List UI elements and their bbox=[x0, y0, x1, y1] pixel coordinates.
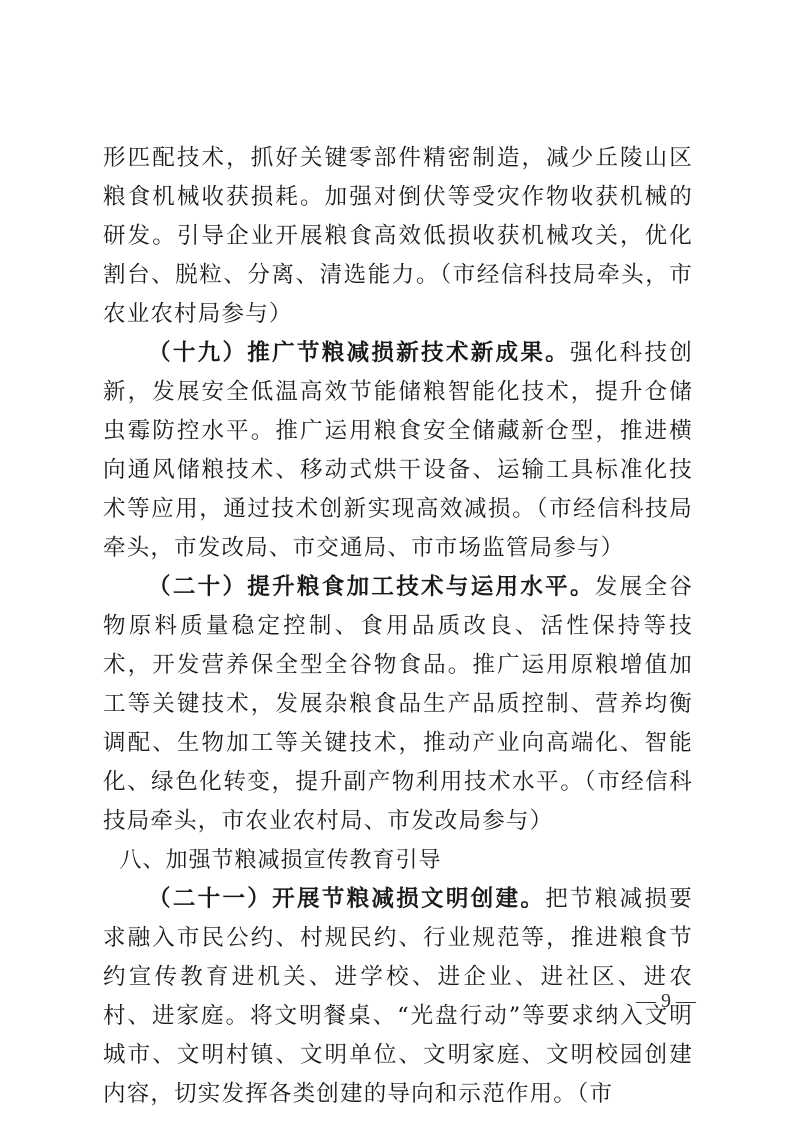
paragraph-item-20: （二十）提升粮食加工技术与运用水平。发展全谷物原料质量稳定控制、食用品质改良、活… bbox=[103, 568, 693, 841]
page-number: — 9 — bbox=[636, 990, 696, 1013]
paragraph-text: 发展全谷物原料质量稳定控制、食用品质改良、活性保持等技术，开发营养保全型全谷物食… bbox=[103, 574, 693, 834]
paragraph-continuation: 形匹配技术，抓好关键零部件精密制造，减少丘陵山区粮食机械收获损耗。加强对倒伏等受… bbox=[103, 139, 693, 334]
paragraph-item-21: （二十一）开展节粮减损文明创建。把节粮减损要求融入市民公约、村规民约、行业规范等… bbox=[103, 880, 693, 1114]
paragraph-text: 把节粮减损要求融入市民公约、村规民约、行业规范等，推进粮食节约宣传教育进机关、进… bbox=[103, 886, 693, 1107]
paragraph-item-19: （十九）推广节粮减损新技术新成果。强化科技创新，发展安全低温高效节能储粮智能化技… bbox=[103, 334, 693, 568]
section-heading-text: 八、加强节粮减损宣传教育引导 bbox=[120, 848, 442, 873]
paragraph-text: 形匹配技术，抓好关键零部件精密制造，减少丘陵山区粮食机械收获损耗。加强对倒伏等受… bbox=[103, 145, 693, 327]
item-heading: （二十一）开展节粮减损文明创建。 bbox=[148, 886, 545, 912]
section-heading: 八、加强节粮减损宣传教育引导 bbox=[103, 841, 693, 880]
paragraph-text: 强化科技创新，发展安全低温高效节能储粮智能化技术，提升仓储虫霉防控水平。推广运用… bbox=[103, 340, 693, 561]
item-heading: （十九）推广节粮减损新技术新成果。 bbox=[148, 340, 570, 366]
document-page: 形匹配技术，抓好关键零部件精密制造，减少丘陵山区粮食机械收获损耗。加强对倒伏等受… bbox=[0, 0, 793, 1122]
body-text: 形匹配技术，抓好关键零部件精密制造，减少丘陵山区粮食机械收获损耗。加强对倒伏等受… bbox=[103, 139, 693, 1114]
item-heading: （二十）提升粮食加工技术与运用水平。 bbox=[148, 574, 595, 600]
